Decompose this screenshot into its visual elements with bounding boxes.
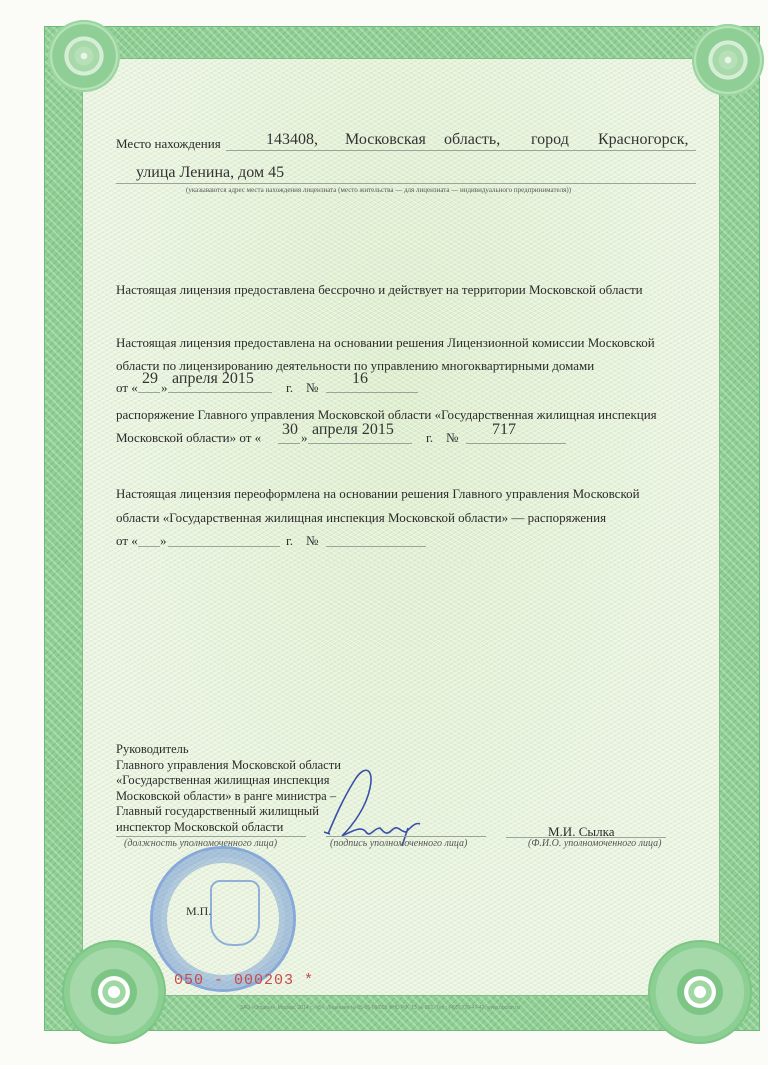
- position-line: «Государственная жилищная инспекция: [116, 773, 341, 789]
- order-day-underline: [278, 443, 300, 444]
- address-caption: (указываются адрес места нахождения лице…: [186, 186, 571, 194]
- name-caption: (Ф.И.О. уполномоченного лица): [528, 838, 661, 849]
- document-paper: [82, 58, 720, 996]
- position-line: Главного управления Московской области: [116, 758, 341, 774]
- position-line: Главный государственный жилищный: [116, 804, 341, 820]
- position-line: Московской области» в ранге министра –: [116, 789, 341, 805]
- order-number-underline: [466, 443, 566, 444]
- order-month-year: апреля 2015: [312, 421, 394, 439]
- medallion-ornament-icon: [62, 940, 166, 1044]
- order-year-suffix: г.: [426, 430, 433, 446]
- address-city: Красногорск,: [598, 131, 688, 149]
- decision-date-underline: [168, 392, 272, 393]
- order-number: 717: [492, 421, 516, 439]
- reissue-day-field: [138, 546, 160, 547]
- decision-year-suffix: г.: [286, 380, 293, 396]
- order-number-label: №: [446, 430, 458, 446]
- serial-number: 050 - 000203 *: [174, 972, 314, 989]
- reissue-year-suffix: г.: [286, 533, 293, 549]
- seal-label: М.П.: [186, 904, 211, 919]
- address-city-type: город: [531, 131, 569, 149]
- address-region-type: область,: [444, 131, 500, 149]
- address-region: Московская: [345, 131, 426, 149]
- validity-text: Настоящая лицензия предоставлена бессроч…: [116, 282, 643, 298]
- address-underline: [116, 183, 696, 184]
- position-underline: [116, 836, 306, 837]
- reissue-number-label: №: [306, 533, 318, 549]
- rosette-ornament-icon: [48, 20, 120, 92]
- position-caption: (должность уполномоченного лица): [124, 838, 277, 849]
- location-underline: [226, 150, 696, 151]
- reissue-from-label: от «: [116, 533, 138, 549]
- coat-of-arms-icon: [210, 880, 260, 946]
- reissue-close-quote: »: [160, 533, 167, 549]
- decision-from-label: от «: [116, 380, 138, 396]
- decision-number: 16: [352, 370, 368, 388]
- rosette-ornament-icon: [692, 24, 764, 96]
- medallion-ornament-icon: [648, 940, 752, 1044]
- decision-number-underline: [326, 392, 418, 393]
- order-close-quote: »: [301, 430, 308, 446]
- reissue-date-field: [168, 546, 280, 547]
- location-label: Место нахождения: [116, 136, 221, 152]
- basis-line-1: Настоящая лицензия предоставлена на осно…: [116, 335, 655, 351]
- decision-day: 29: [142, 370, 158, 388]
- position-line: Руководитель: [116, 742, 341, 758]
- address-postcode: 143408,: [266, 131, 318, 149]
- decision-month-year: апреля 2015: [172, 370, 254, 388]
- printer-info: ЗАО «Опцион», Москва, 2014 г., «Б». Лице…: [240, 1005, 520, 1011]
- reissue-line-1: Настоящая лицензия переоформлена на осно…: [116, 486, 640, 502]
- position-line: инспектор Московской области: [116, 820, 341, 836]
- signature-caption: (подпись уполномоченного лица): [330, 838, 467, 849]
- order-prefix: Московской области» от «: [116, 430, 261, 446]
- decision-number-label: №: [306, 380, 318, 396]
- decision-day-underline: [138, 392, 160, 393]
- signatory-position: Руководитель Главного управления Московс…: [116, 742, 341, 835]
- order-day: 30: [282, 421, 298, 439]
- reissue-number-field: [326, 546, 426, 547]
- reissue-line-2: области «Государственная жилищная инспек…: [116, 510, 606, 526]
- signature-underline: [326, 836, 486, 837]
- address-street: улица Ленина, дом 45: [136, 164, 284, 182]
- decision-close-quote: »: [161, 380, 168, 396]
- order-date-underline: [308, 443, 412, 444]
